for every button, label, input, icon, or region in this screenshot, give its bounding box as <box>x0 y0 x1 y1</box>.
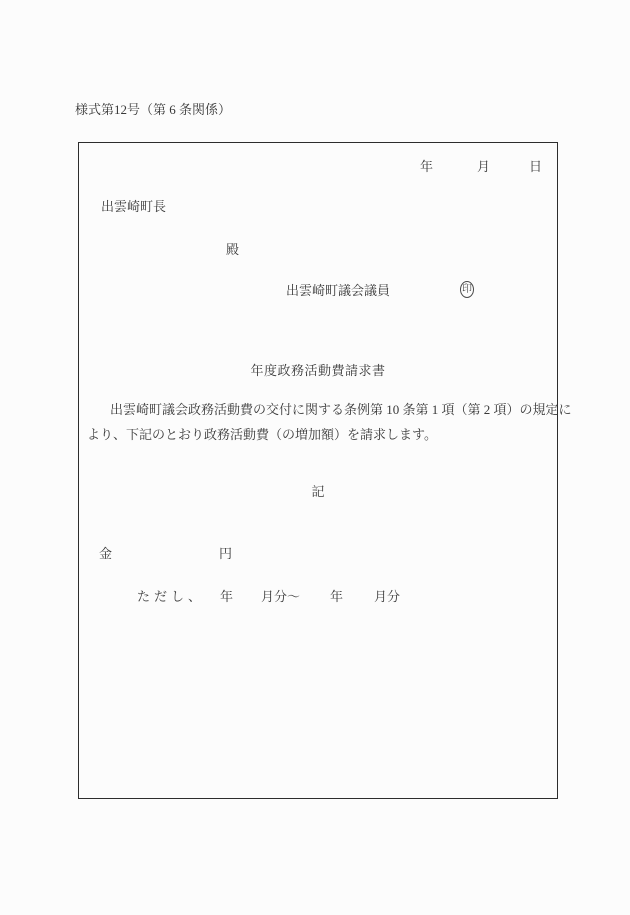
addressee-name: 出雲崎町長 <box>101 200 166 213</box>
period-months-to-label: 月分 <box>374 590 400 603</box>
body-line-1: 出雲崎町議会政務活動費の交付に関する条例第 10 条第 1 項（第 2 項）の規… <box>87 402 551 419</box>
period-year-to-label: 年 <box>330 590 343 603</box>
period-months-from-label: 月分～ <box>261 590 300 603</box>
form-number: 様式第12号（第 6 条関係） <box>75 102 231 118</box>
body-line-2: より、下記のとおり政務活動費（の増加額）を請求します。 <box>87 427 551 444</box>
seal-mark: 印 <box>460 281 474 298</box>
period-year-from-label: 年 <box>220 590 233 603</box>
document-page: 様式第12号（第 6 条関係） 年 月 日 出雲崎町長 殿 出雲崎町議会議員 印… <box>0 0 630 915</box>
amount-unit-label: 円 <box>219 547 232 560</box>
date-month-label: 月 <box>477 160 490 173</box>
record-heading: 記 <box>79 485 557 498</box>
date-year-label: 年 <box>420 160 433 173</box>
claimant-title: 出雲崎町議会議員 <box>286 284 390 297</box>
form-frame: 年 月 日 出雲崎町長 殿 出雲崎町議会議員 印 年度政務活動費請求書 出雲崎町… <box>78 142 558 799</box>
period-proviso-label: ただし、 <box>137 590 205 603</box>
amount-prefix-label: 金 <box>99 547 112 560</box>
date-day-label: 日 <box>529 160 542 173</box>
addressee-honorific: 殿 <box>226 243 239 256</box>
document-title: 年度政務活動費請求書 <box>79 364 557 377</box>
